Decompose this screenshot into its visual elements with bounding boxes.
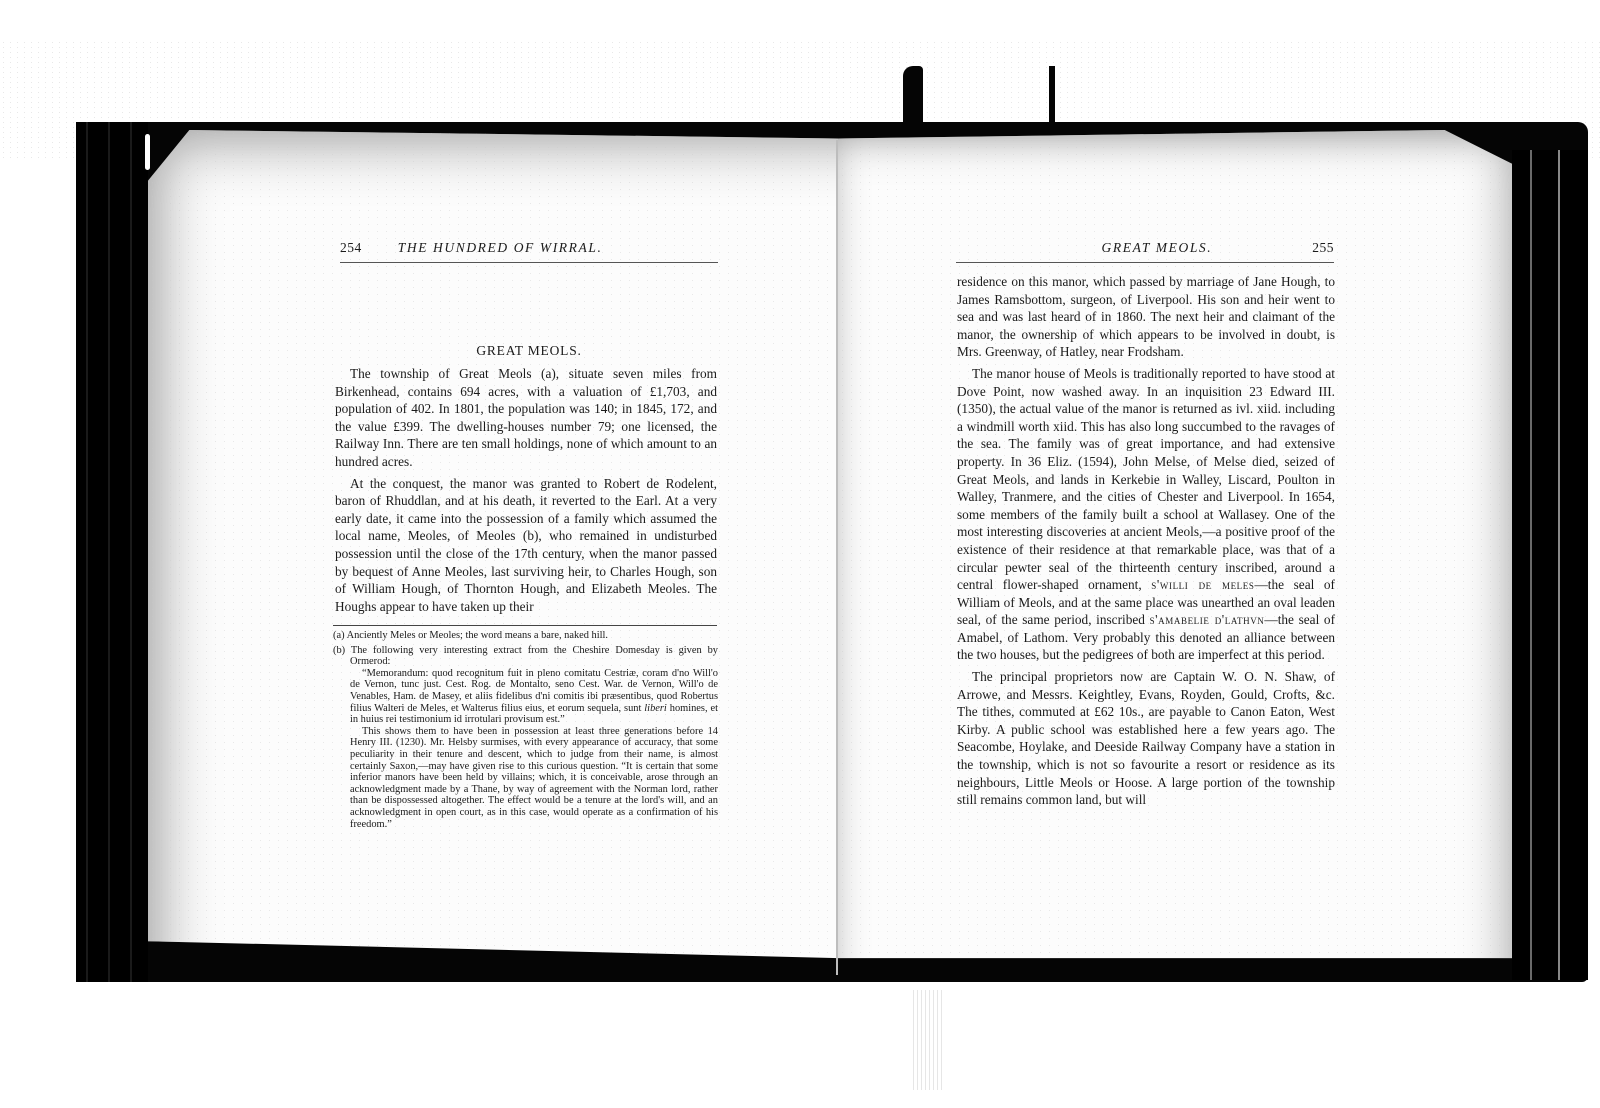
right-running-head: GREAT MEOLS. 255: [956, 240, 1334, 263]
left-running-head: 254 THE HUNDRED OF WIRRAL.: [340, 240, 718, 263]
bookmark-tab: [903, 66, 923, 128]
footnote-quote: “Memorandum: quod recognitum fuit in ple…: [333, 668, 718, 726]
paragraph: At the conquest, the manor was granted t…: [335, 475, 717, 616]
footnote-rule: [333, 625, 717, 626]
right-page-number: 255: [1312, 240, 1334, 256]
left-body-text: The township of Great Meols (a), situate…: [335, 365, 717, 619]
paragraph: The manor house of Meols is traditionall…: [957, 365, 1335, 664]
book-gutter: [836, 140, 838, 975]
footnote-marker: (a): [333, 630, 345, 641]
paragraph: The township of Great Meols (a), situate…: [335, 365, 717, 471]
seal-inscription: s'willi de meles: [1151, 577, 1254, 592]
footnote-b: (b) The following very interesting extra…: [333, 645, 718, 668]
quote-italic: liberi: [644, 703, 667, 714]
section-title: GREAT MEOLS.: [340, 343, 718, 359]
left-page-number: 254: [340, 240, 362, 256]
book-left-edge: [76, 122, 148, 982]
seal-inscription: s'amabelie d'lathvn: [1150, 612, 1265, 627]
right-running-title: GREAT MEOLS.: [1102, 240, 1213, 256]
paragraph-text: The manor house of Meols is traditionall…: [957, 366, 1335, 592]
footnotes: (a) Anciently Meles or Meoles; the word …: [333, 630, 718, 830]
left-running-title: THE HUNDRED OF WIRRAL.: [398, 240, 603, 256]
footnote-text: Anciently Meles or Meoles; the word mean…: [347, 630, 608, 641]
scan-artifact: [913, 990, 943, 1090]
footnote-continuation: This shows them to have been in possessi…: [333, 726, 718, 830]
book-right-fore-edge: [1512, 150, 1588, 980]
bookmark-ribbon: [1049, 66, 1055, 128]
paragraph: The principal proprietors now are Captai…: [957, 668, 1335, 809]
paragraph: residence on this manor, which passed by…: [957, 273, 1335, 361]
cover-highlight: [145, 134, 150, 170]
footnote-text: The following very interesting extract f…: [350, 645, 718, 668]
right-body-text: residence on this manor, which passed by…: [957, 273, 1335, 813]
footnote-marker: (b): [333, 645, 345, 656]
footnote-a: (a) Anciently Meles or Meoles; the word …: [333, 630, 718, 642]
